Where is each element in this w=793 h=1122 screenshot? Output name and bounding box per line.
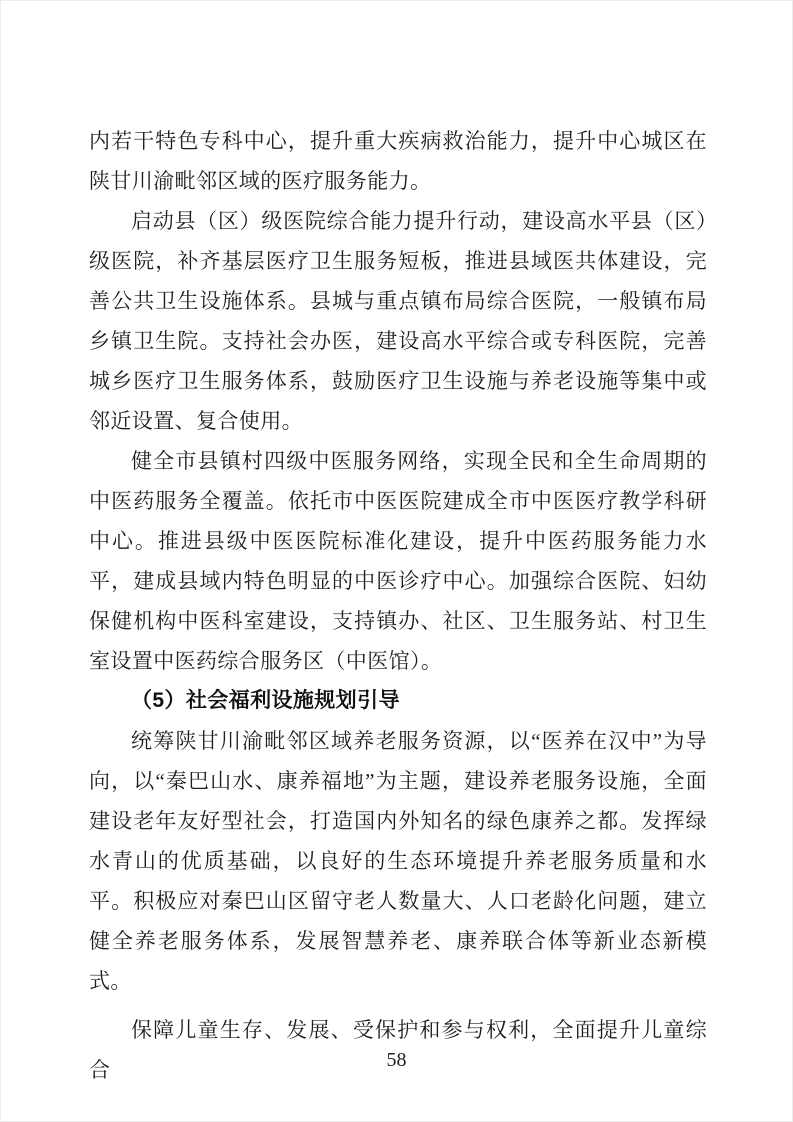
paragraph-continuation: 内若干特色专科中心，提升重大疾病救治能力，提升中心城区在陕甘川渝毗邻区域的医疗服… <box>89 121 707 201</box>
document-page: 内若干特色专科中心，提升重大疾病救治能力，提升中心城区在陕甘川渝毗邻区域的医疗服… <box>0 0 793 1122</box>
paragraph: 健全市县镇村四级中医服务网络，实现全民和全生命周期的中医药服务全覆盖。依托市中医… <box>89 441 707 681</box>
section-heading: （5）社会福利设施规划引导 <box>89 681 707 721</box>
paragraph: 启动县（区）级医院综合能力提升行动，建设高水平县（区）级医院，补齐基层医疗卫生服… <box>89 201 707 441</box>
page-content: 内若干特色专科中心，提升重大疾病救治能力，提升中心城区在陕甘川渝毗邻区域的医疗服… <box>89 121 707 1090</box>
paragraph: 统筹陕甘川渝毗邻区域养老服务资源，以“医养在汉中”为导向，以“秦巴山水、康养福地… <box>89 721 707 1001</box>
page-number: 58 <box>1 1049 792 1071</box>
